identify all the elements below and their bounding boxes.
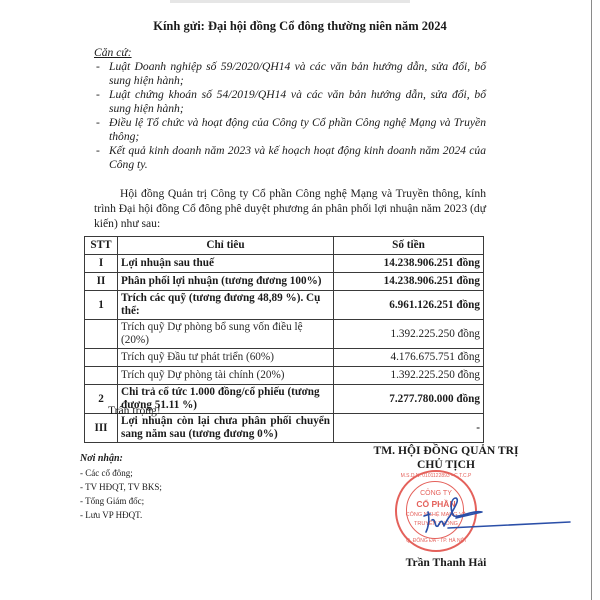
row-stt: III: [85, 414, 118, 443]
row-item: Lợi nhuận còn lại chưa phân phối chuyển …: [118, 414, 334, 443]
table-header-row: STT Chỉ tiêu Số tiền: [85, 237, 484, 255]
signer-position: CHỦ TỊCH: [360, 458, 532, 472]
row-item: Trích quỹ Dự phòng bổ sung vốn điều lệ (…: [118, 320, 334, 349]
legal-basis-item: Kết quả kinh doanh năm 2023 và kế hoạch …: [94, 144, 486, 172]
legal-basis-item: Luật Doanh nghiệp số 59/2020/QH14 và các…: [94, 60, 486, 88]
recipients-block: Nơi nhận: - Các cổ đông; - TV HĐQT, TV B…: [80, 452, 162, 522]
row-amount: 1.392.225.250 đồng: [334, 320, 484, 349]
recipient-item: - Các cổ đông;: [80, 466, 162, 480]
table-row: Trích quỹ Dự phòng bổ sung vốn điều lệ (…: [85, 320, 484, 349]
row-amount: 4.176.675.751 đồng: [334, 349, 484, 367]
document-title: Kính gửi: Đại hội đồng Cổ đông thường ni…: [0, 19, 600, 34]
row-stt: [85, 367, 118, 385]
cropped-header-remnant: [170, 0, 410, 3]
row-stt: [85, 349, 118, 367]
row-stt: [85, 320, 118, 349]
row-stt: II: [85, 273, 118, 291]
table-row: Trích quỹ Dự phòng tài chính (20%) 1.392…: [85, 367, 484, 385]
row-amount: 14.238.906.251 đồng: [334, 273, 484, 291]
row-item: Lợi nhuận sau thuế: [118, 255, 334, 273]
legal-basis-item: Luật chứng khoán số 54/2019/QH14 và các …: [94, 88, 486, 116]
on-behalf-label: TM. HỘI ĐỒNG QUẢN TRỊ: [360, 444, 532, 458]
row-stt: I: [85, 255, 118, 273]
header-item: Chỉ tiêu: [118, 237, 334, 255]
row-amount: 7.277.780.000 đồng: [334, 385, 484, 414]
page-edge: [591, 0, 592, 600]
recipient-item: - TV HĐQT, TV BKS;: [80, 480, 162, 494]
table-row: I Lợi nhuận sau thuế 14.238.906.251 đồng: [85, 255, 484, 273]
seal-ring-top-text: M.S.D.N: 0101122893 - C.T.C.P: [397, 473, 475, 479]
handwritten-signature-icon: [420, 492, 580, 542]
row-amount: -: [334, 414, 484, 443]
recipient-item: - Lưu VP HĐQT.: [80, 508, 162, 522]
row-item: Trích các quỹ (tương đương 48,89 %). Cụ …: [118, 291, 334, 320]
table-row: Trích quỹ Đầu tư phát triển (60%) 4.176.…: [85, 349, 484, 367]
row-amount: 6.961.126.251 đồng: [334, 291, 484, 320]
legal-basis-list: Luật Doanh nghiệp số 59/2020/QH14 và các…: [94, 60, 486, 172]
table-row: III Lợi nhuận còn lại chưa phân phối chu…: [85, 414, 484, 443]
legal-basis-item: Điều lệ Tổ chức và hoạt động của Công ty…: [94, 116, 486, 144]
signature-heading: TM. HỘI ĐỒNG QUẢN TRỊ CHỦ TỊCH: [360, 444, 532, 472]
legal-basis-heading: Căn cứ:: [94, 46, 486, 60]
signer-name: Trần Thanh Hải: [360, 556, 532, 569]
table-row: II Phân phối lợi nhuận (tương đương 100%…: [85, 273, 484, 291]
header-stt: STT: [85, 237, 118, 255]
recipients-heading: Nơi nhận:: [80, 452, 162, 466]
table-row: 1 Trích các quỹ (tương đương 48,89 %). C…: [85, 291, 484, 320]
row-item: Phân phối lợi nhuận (tương đương 100%): [118, 273, 334, 291]
row-amount: 1.392.225.250 đồng: [334, 367, 484, 385]
intro-paragraph: Hội đồng Quản trị Công ty Cổ phần Công n…: [94, 186, 486, 231]
row-item: Trích quỹ Dự phòng tài chính (20%): [118, 367, 334, 385]
row-stt: 1: [85, 291, 118, 320]
header-amount: Số tiền: [334, 237, 484, 255]
closing-greeting: Trân trọng!: [108, 404, 161, 417]
recipient-item: - Tổng Giám đốc;: [80, 494, 162, 508]
legal-basis: Căn cứ: Luật Doanh nghiệp số 59/2020/QH1…: [94, 46, 486, 172]
row-amount: 14.238.906.251 đồng: [334, 255, 484, 273]
row-item: Trích quỹ Đầu tư phát triển (60%): [118, 349, 334, 367]
